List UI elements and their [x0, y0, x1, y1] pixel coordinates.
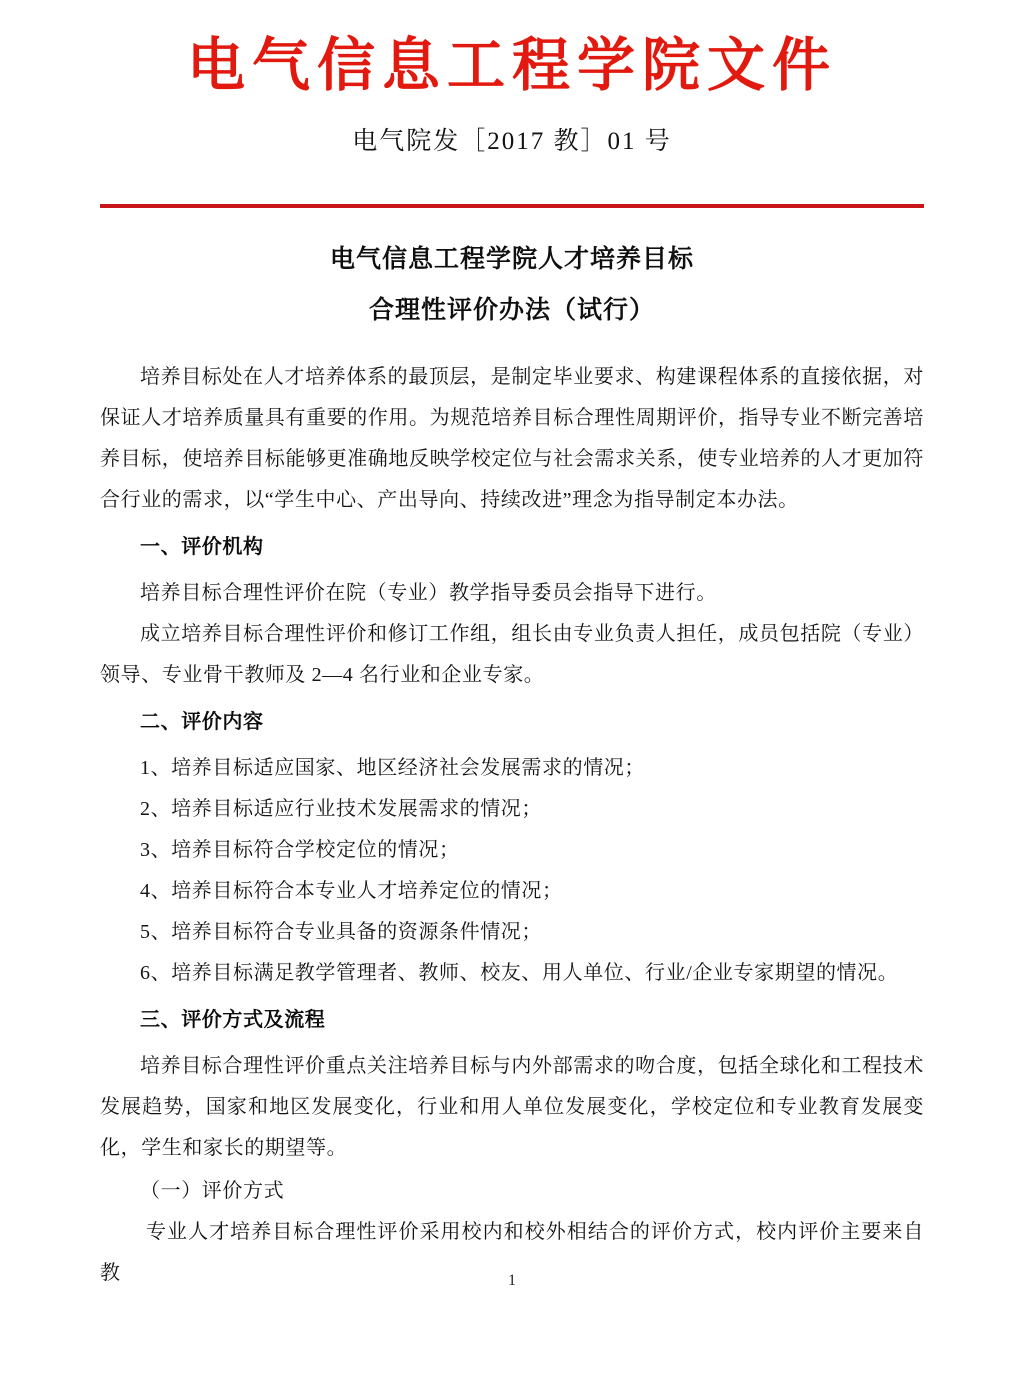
section-1-paragraph-2: 成立培养目标合理性评价和修订工作组，组长由专业负责人担任，成员包括院（专业）领导…	[100, 614, 924, 696]
section-2-heading: 二、评价内容	[100, 702, 924, 743]
list-item: 3、培养目标符合学校定位的情况；	[100, 830, 924, 871]
list-item: 1、培养目标适应国家、地区经济社会发展需求的情况；	[100, 748, 924, 789]
letterhead-title: 电气信息工程学院文件	[100, 30, 924, 102]
document-number: 电气院发［2017 教］01 号	[100, 126, 924, 158]
page-number: 1	[0, 1272, 1024, 1290]
red-separator-rule	[100, 204, 924, 208]
list-item: 2、培养目标适应行业技术发展需求的情况；	[100, 789, 924, 830]
section-1-paragraph-1: 培养目标合理性评价在院（专业）教学指导委员会指导下进行。	[100, 573, 924, 614]
list-item: 4、培养目标符合本专业人才培养定位的情况；	[100, 871, 924, 912]
section-3-heading: 三、评价方式及流程	[100, 1000, 924, 1041]
intro-paragraph: 培养目标处在人才培养体系的最顶层，是制定毕业要求、构建课程体系的直接依据，对保证…	[100, 357, 924, 521]
section-1-heading: 一、评价机构	[100, 527, 924, 568]
section-3-paragraph-1: 培养目标合理性评价重点关注培养目标与内外部需求的吻合度，包括全球化和工程技术发展…	[100, 1046, 924, 1169]
document-title-line1: 电气信息工程学院人才培养目标	[100, 234, 924, 285]
document-page: 电气信息工程学院文件 电气院发［2017 教］01 号 电气信息工程学院人才培养…	[0, 0, 1024, 1382]
section-3-subheading-1: （一）评价方式	[100, 1171, 924, 1212]
list-item: 5、培养目标符合专业具备的资源条件情况；	[100, 912, 924, 953]
document-title-line2: 合理性评价办法（试行）	[100, 285, 924, 336]
list-item: 6、培养目标满足教学管理者、教师、校友、用人单位、行业/企业专家期望的情况。	[100, 953, 924, 994]
